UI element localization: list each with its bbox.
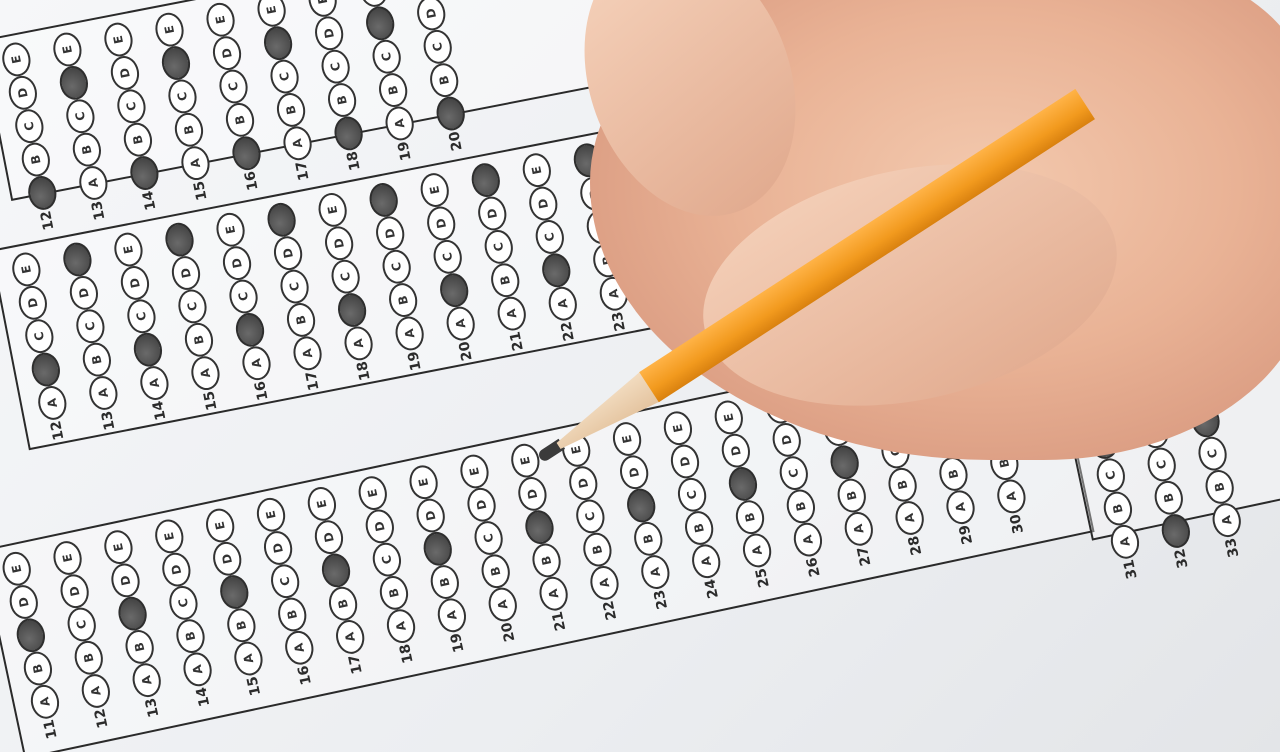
answer-bubble-c: C [624, 486, 658, 525]
answer-bubble-d: D [363, 507, 397, 546]
answer-bubble-e: E [50, 30, 84, 69]
question-number: 21 [505, 320, 528, 362]
question-number: 12 [46, 409, 69, 451]
answer-bubble-c: C [278, 267, 312, 306]
question-number: 32 [1170, 537, 1194, 579]
answer-bubble-e: E [0, 549, 34, 588]
question-number: 15 [199, 379, 222, 421]
answer-bubble-d: D [67, 274, 101, 313]
answer-bubble-b: B [182, 320, 216, 359]
answer-bubble-e: E [153, 10, 187, 49]
answer-bubble-e: E [469, 161, 503, 200]
answer-bubble-c: C [166, 583, 200, 622]
answer-bubble-c: C [73, 307, 107, 346]
answer-bubble-c: C [124, 297, 158, 336]
answer-bubble-c: C [1144, 445, 1178, 484]
answer-bubble-b: B [325, 81, 359, 120]
question-number: 30 [1005, 503, 1029, 545]
answer-bubble-d: D [475, 194, 509, 233]
answer-bubble-e: E [101, 528, 135, 567]
answer-bubble-d: D [617, 453, 651, 492]
answer-bubble-b: B [478, 552, 512, 591]
question-number: 19 [403, 340, 426, 382]
question-number: 11 [39, 708, 63, 750]
answer-bubble-d: D [57, 64, 91, 103]
answer-bubble-b: B [428, 563, 462, 602]
answer-bubble-b: B [488, 261, 522, 300]
answer-bubble-b: B [529, 541, 563, 580]
answer-bubble-c: C [319, 47, 353, 86]
answer-bubble-d: D [515, 474, 549, 513]
answer-bubble-e: E [9, 250, 43, 289]
answer-bubble-c: C [22, 317, 56, 356]
question-number: 13 [141, 686, 165, 728]
question-number: 18 [395, 632, 419, 674]
answer-bubble-b: B [19, 140, 53, 179]
question-number: 20 [444, 120, 467, 162]
answer-bubble-c: C [227, 277, 261, 316]
answer-bubble-c: C [370, 37, 404, 76]
answer-bubble-c: C [217, 573, 251, 612]
question-number: 23 [607, 300, 630, 342]
question-number: 28 [904, 524, 928, 566]
question-number: 14 [138, 179, 161, 221]
question-number: 33 [1221, 526, 1245, 568]
answer-bubble-d: D [6, 73, 40, 112]
answer-bubble-e: E [305, 484, 339, 523]
answer-bubble-e: E [203, 506, 237, 545]
question-number: 20 [497, 611, 521, 653]
answer-bubble-b: B [284, 301, 318, 340]
question-number: 17 [344, 643, 368, 685]
answer-bubble-d: D [373, 214, 407, 253]
answer-bubble-d: D [108, 54, 142, 93]
answer-bubble-c: C [268, 562, 302, 601]
question-number: 29 [954, 513, 978, 555]
answer-bubble-b: B [335, 291, 369, 330]
answer-bubble-b: B [173, 617, 207, 656]
answer-bubble-c: C [217, 67, 251, 106]
question-number: 16 [293, 654, 317, 696]
answer-bubble-b: B [835, 476, 869, 515]
answer-bubble-e: E [204, 0, 238, 39]
answer-bubble-b: B [631, 519, 665, 558]
question-number: 22 [556, 310, 579, 352]
answer-bubble-d: D [159, 44, 193, 83]
answer-bubble-b: B [1101, 489, 1135, 528]
answer-bubble-d: D [668, 442, 702, 481]
question-number: 13 [97, 399, 120, 441]
answer-bubble-c: C [1094, 456, 1128, 495]
answer-bubble-c: C [12, 107, 46, 146]
answer-bubble-d: D [7, 582, 41, 621]
answer-bubble-d: D [220, 244, 254, 283]
answer-bubble-c: C [63, 97, 97, 136]
answer-sheet-photo: EDCBA12EDCBA13EDCBA14EDCBA15EDCBA16EDCBA… [0, 0, 1280, 752]
answer-bubble-b: B [386, 281, 420, 320]
question-number: 22 [598, 589, 622, 631]
answer-bubble-c: C [431, 237, 465, 276]
answer-bubble-b: B [376, 71, 410, 110]
answer-bubble-d: D [312, 518, 346, 557]
answer-bubble-b: B [131, 330, 165, 369]
answer-bubble-d: D [261, 528, 295, 567]
answer-bubble-d: D [464, 485, 498, 524]
answer-bubble-e: E [60, 240, 94, 279]
answer-bubble-e: E [457, 452, 491, 491]
answer-bubble-e: E [0, 40, 33, 79]
answer-bubble-c: C [115, 594, 149, 633]
answer-bubble-c: C [114, 87, 148, 126]
answer-bubble-b: B [733, 498, 767, 537]
answer-bubble-c: C [165, 77, 199, 116]
answer-bubble-e: E [418, 171, 452, 210]
answer-bubble-d: D [413, 496, 447, 535]
question-number: 27 [853, 535, 877, 577]
question-number: 16 [250, 370, 273, 412]
answer-bubble-e: E [50, 538, 84, 577]
answer-bubble-d: D [210, 539, 244, 578]
question-number: 15 [242, 665, 266, 707]
answer-bubble-b: B [377, 573, 411, 612]
answer-bubble-b: B [437, 271, 471, 310]
question-number: 20 [454, 330, 477, 372]
answer-bubble-c: C [175, 287, 209, 326]
answer-bubble-c: C [380, 247, 414, 286]
answer-bubble-b: B [224, 606, 258, 645]
answer-bubble-b: B [29, 350, 63, 389]
answer-bubble-b: B [580, 530, 614, 569]
question-number: 26 [802, 546, 826, 588]
answer-bubble-d: D [526, 184, 560, 223]
answer-bubble-e: E [254, 495, 288, 534]
answer-bubble-b: B [936, 454, 970, 493]
question-number: 12 [36, 199, 59, 241]
answer-bubble-c: C [726, 464, 760, 503]
answer-bubble-b: B [121, 120, 155, 159]
answer-bubble-e: E [163, 220, 197, 259]
answer-bubble-d: D [261, 24, 295, 63]
answer-bubble-c: C [777, 454, 811, 493]
answer-bubble-b: B [70, 130, 104, 169]
answer-bubble-d: D [322, 224, 356, 263]
answer-bubble-c: C [421, 529, 455, 568]
answer-bubble-b: B [539, 251, 573, 290]
answer-bubble-b: B [233, 310, 267, 349]
answer-bubble-e: E [111, 230, 145, 269]
answer-bubble-b: B [172, 110, 206, 149]
question-number: 14 [148, 389, 171, 431]
question-number: 17 [301, 360, 324, 402]
question-number: 15 [189, 169, 212, 211]
answer-bubble-c: C [268, 57, 302, 96]
answer-bubble-b: B [885, 465, 919, 504]
answer-bubble-b: B [122, 627, 156, 666]
answer-bubble-e: E [152, 517, 186, 556]
answer-bubble-d: D [108, 561, 142, 600]
answer-bubble-c: C [319, 551, 353, 590]
answer-bubble-c: C [675, 475, 709, 514]
answer-bubble-e: E [712, 398, 746, 437]
answer-bubble-c: C [421, 27, 455, 66]
answer-bubble-b: B [80, 340, 114, 379]
answer-bubble-e: E [367, 181, 401, 220]
answer-bubble-e: E [255, 0, 289, 29]
answer-bubble-b: B [72, 638, 106, 677]
answer-bubble-e: E [356, 474, 390, 513]
answer-bubble-d: D [16, 283, 50, 322]
answer-bubble-b: B [682, 508, 716, 547]
answer-bubble-e: E [265, 200, 299, 239]
answer-bubble-c: C [370, 540, 404, 579]
answer-bubble-b: B [1202, 467, 1236, 506]
question-number: 21 [547, 600, 571, 642]
answer-bubble-d: D [566, 464, 600, 503]
answer-bubble-d: D [159, 550, 193, 589]
question-number: 16 [240, 160, 263, 202]
answer-bubble-c: C [522, 508, 556, 547]
answer-bubble-c: C [14, 616, 48, 655]
answer-bubble-e: E [214, 210, 248, 249]
question-number: 18 [342, 140, 365, 182]
answer-bubble-d: D [363, 4, 397, 43]
answer-bubble-d: D [312, 14, 346, 53]
answer-bubble-d: D [118, 264, 152, 303]
answer-bubble-d: D [210, 34, 244, 73]
answer-bubble-d: D [414, 0, 448, 33]
answer-bubble-e: E [406, 463, 440, 502]
answer-bubble-b: B [275, 595, 309, 634]
answer-bubble-d: D [169, 254, 203, 293]
answer-bubble-c: C [482, 228, 516, 267]
answer-bubble-c: C [471, 518, 505, 557]
answer-bubble-c: C [533, 218, 567, 257]
question-number: 23 [649, 578, 673, 620]
answer-bubble-e: E [661, 409, 695, 448]
question-number: 31 [1119, 548, 1143, 590]
answer-bubble-b: B [21, 649, 55, 688]
answer-bubble-d: D [271, 234, 305, 273]
answer-bubble-b: B [427, 61, 461, 100]
question-number: 24 [700, 567, 724, 609]
answer-bubble-c: C [827, 443, 861, 482]
answer-bubble-c: C [329, 257, 363, 296]
answer-bubble-c: C [1195, 434, 1229, 473]
answer-bubble-e: E [316, 191, 350, 230]
answer-bubble-c: C [573, 497, 607, 536]
answer-bubble-b: B [1152, 478, 1186, 517]
answer-bubble-e: E [520, 151, 554, 190]
question-number: 19 [446, 621, 470, 663]
question-number: 17 [291, 150, 314, 192]
question-number: 13 [87, 189, 110, 231]
question-number: 12 [90, 697, 114, 739]
answer-bubble-d: D [57, 572, 91, 611]
question-number: 14 [191, 676, 215, 718]
answer-bubble-e: E [101, 20, 135, 59]
answer-bubble-c: C [64, 605, 98, 644]
answer-bubble-b: B [784, 487, 818, 526]
answer-bubble-b: B [326, 584, 360, 623]
question-number: 25 [751, 557, 775, 599]
answer-bubble-d: D [719, 431, 753, 470]
question-number: 18 [352, 350, 375, 392]
answer-bubble-b: B [274, 91, 308, 130]
answer-bubble-d: D [424, 204, 458, 243]
question-number: 19 [393, 130, 416, 172]
answer-bubble-b: B [223, 100, 257, 139]
